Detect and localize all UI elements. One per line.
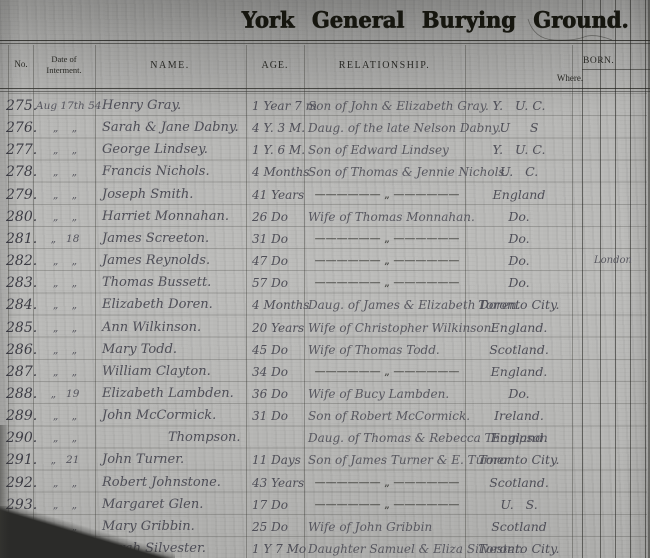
relationship-ditto-cell: —————— „ ——————	[308, 494, 466, 516]
name-cell: Mary Gribbin.	[102, 516, 195, 538]
table-row: 281.„ 18James Screeton.31 Do—————— „ ———…	[0, 228, 650, 250]
age-cell: 57 Do	[252, 272, 288, 294]
row-number-cell: 276.	[6, 117, 34, 139]
born-where-cell: Y. U. C.	[466, 95, 572, 117]
age-cell: 17 Do	[252, 494, 288, 516]
date-cell: „ „	[36, 516, 94, 538]
name-cell: Mary Todd.	[102, 339, 177, 361]
date-cell: „ „	[36, 139, 94, 161]
relationship-ditto-cell: —————— „ ——————	[308, 361, 466, 383]
date-cell: „ „	[36, 427, 94, 449]
born-where-cell: England.	[466, 317, 572, 339]
title-rule	[0, 40, 650, 41]
relationship-ditto-cell: —————— „ ——————	[308, 184, 466, 206]
name-cell: John Turner.	[102, 449, 184, 471]
age-cell: 4 Months	[252, 161, 309, 183]
age-cell: 26 Do	[252, 206, 288, 228]
born-where-cell: Scotland	[466, 516, 572, 538]
row-number-cell: 288.	[6, 383, 34, 405]
date-cell: „ „	[36, 294, 94, 316]
age-cell: 41 Years	[252, 184, 304, 206]
row-number-cell: 283.	[6, 272, 34, 294]
table-row: 295.„ „Sarah Silvester.1 Y 7 MoDaughter …	[0, 538, 650, 558]
table-row: 286.„ „Mary Todd.45 DoWife of Thomas Tod…	[0, 339, 650, 361]
table-row: 287.„ „William Clayton.34 Do—————— „ ———…	[0, 361, 650, 383]
relationship-cell: Wife of Thomas Todd.	[308, 339, 440, 361]
table-row: 290.„ „Thompson.Daug. of Thomas & Rebecc…	[0, 427, 650, 449]
date-cell: „ „	[36, 250, 94, 272]
date-cell: „ „	[36, 317, 94, 339]
name-cell: Sarah Silvester.	[102, 538, 206, 558]
row-number-cell: 278.	[6, 161, 34, 183]
name-cell: Elizabeth Doren.	[102, 294, 213, 316]
born-where-cell: Toronto City.	[466, 449, 572, 471]
age-cell: 4 Y. 3 M.	[252, 117, 305, 139]
age-cell: 11 Days	[252, 449, 301, 471]
table-row: 294.„ „Mary Gribbin.25 DoWife of John Gr…	[0, 516, 650, 538]
name-cell: Ann Wilkinson.	[102, 317, 201, 339]
relationship-cell: Son of Edward Lindsey	[308, 139, 449, 161]
name-cell: Thompson.	[168, 427, 241, 449]
age-cell: 31 Do	[252, 228, 288, 250]
age-cell: 36 Do	[252, 383, 288, 405]
row-number-cell: 285.	[6, 317, 34, 339]
age-cell: 43 Years	[252, 472, 304, 494]
date-cell: „ 19	[36, 383, 94, 405]
born-where-cell: Toronto City.	[466, 294, 572, 316]
date-cell: „ „	[36, 161, 94, 183]
born-where-cell: Do.	[466, 272, 572, 294]
born-where-cell: U. C.	[466, 161, 572, 183]
name-cell: Robert Johnstone.	[102, 472, 221, 494]
date-cell: „ „	[36, 206, 94, 228]
header-rule	[0, 91, 650, 92]
date-cell: „ „	[36, 361, 94, 383]
date-cell: „ „	[36, 494, 94, 516]
table-row: 289.„ „John McCormick.31 DoSon of Robert…	[0, 405, 650, 427]
name-cell: James Screeton.	[102, 228, 209, 250]
born-where-cell: England	[466, 184, 572, 206]
table-row: 291.„ 21John Turner.11 DaysSon of James …	[0, 449, 650, 471]
name-cell: Thomas Bussett.	[102, 272, 211, 294]
table-row: 285.„ „Ann Wilkinson.20 YearsWife of Chr…	[0, 317, 650, 339]
born-where-cell: U S	[466, 117, 572, 139]
relationship-cell: Wife of John Gribbin	[308, 516, 432, 538]
table-row: 282.„ „James Reynolds.47 Do—————— „ ————…	[0, 250, 650, 272]
date-cell: „ „	[36, 184, 94, 206]
table-row: 277.„ „George Lindsey.1 Y. 6 M.Son of Ed…	[0, 139, 650, 161]
relationship-ditto-cell: —————— „ ——————	[308, 228, 466, 250]
table-row: 276.„ „Sarah & Jane Dabny.4 Y. 3 M.Daug.…	[0, 117, 650, 139]
born-where-cell: Do.	[466, 206, 572, 228]
row-number-cell: 286.	[6, 339, 34, 361]
row-number-cell: 294.	[6, 516, 34, 538]
relationship-cell: Son of Robert McCormick.	[308, 405, 470, 427]
table-row: 288.„ 19Elizabeth Lambden.36 DoWife of B…	[0, 383, 650, 405]
born-rule	[582, 69, 650, 70]
row-number-cell: 275.	[6, 95, 34, 117]
born-where-cell: England.	[466, 361, 572, 383]
row-number-cell: 281.	[6, 228, 34, 250]
name-cell: John McCormick.	[102, 405, 216, 427]
header-rule	[0, 88, 650, 89]
row-number-cell: 282.	[6, 250, 34, 272]
title-rule	[0, 43, 650, 44]
column-header-date-line2: Interment.	[34, 65, 94, 76]
born-where-cell: Scotland.	[466, 339, 572, 361]
born-where-cell: Y. U. C.	[466, 139, 572, 161]
row-number-cell: 292.	[6, 472, 34, 494]
row-number-cell: 293.	[6, 494, 34, 516]
date-cell: „ „	[36, 405, 94, 427]
born-where-cell: Scotland.	[466, 472, 572, 494]
table-row: 280.„ „Harriet Monnahan.26 DoWife of Tho…	[0, 206, 650, 228]
column-header-where: Where.	[548, 73, 592, 83]
born-where-cell: U. S.	[466, 494, 572, 516]
name-cell: James Reynolds.	[102, 250, 210, 272]
column-header-age: AGE.	[247, 60, 303, 71]
name-cell: George Lindsey.	[102, 139, 208, 161]
born-where-cell: Do.	[466, 228, 572, 250]
column-header-relationship: RELATIONSHIP.	[304, 60, 465, 71]
date-cell: „ „	[36, 339, 94, 361]
date-cell: „ 21	[36, 449, 94, 471]
born-where-cell: Do.	[466, 383, 572, 405]
table-row: 279.„ „Joseph Smith.41 Years—————— „ ———…	[0, 184, 650, 206]
date-cell: „ „	[36, 117, 94, 139]
row-number-cell: 284.	[6, 294, 34, 316]
age-cell: 20 Years	[252, 317, 304, 339]
column-header-date-line1: Date of	[34, 54, 94, 65]
age-cell: 34 Do	[252, 361, 288, 383]
age-cell: 4 Months	[252, 294, 309, 316]
name-cell: William Clayton.	[102, 361, 211, 383]
table-row: 275.Aug 17th 54Henry Gray.1 Year 7 mSon …	[0, 95, 650, 117]
table-row: 293.„ „Margaret Glen.17 Do—————— „ —————…	[0, 494, 650, 516]
date-cell: Aug 17th 54	[36, 95, 94, 117]
name-cell: Francis Nichols.	[102, 161, 210, 183]
row-number-cell: 279.	[6, 184, 34, 206]
table-row: 283.„ „Thomas Bussett.57 Do—————— „ ————…	[0, 272, 650, 294]
name-cell: Elizabeth Lambden.	[102, 383, 234, 405]
row-number-cell: 277.	[6, 139, 34, 161]
name-cell: Harriet Monnahan.	[102, 206, 229, 228]
name-cell: Joseph Smith.	[102, 184, 193, 206]
row-number-cell: 287.	[6, 361, 34, 383]
name-cell: Margaret Glen.	[102, 494, 203, 516]
column-header-no: No.	[8, 59, 34, 69]
age-cell: 47 Do	[252, 250, 288, 272]
row-number-cell: 290.	[6, 427, 34, 449]
born-where-cell: Do.	[466, 250, 572, 272]
page-title: York General Burying Ground.	[230, 6, 640, 33]
table-row: 284.„ „Elizabeth Doren.4 MonthsDaug. of …	[0, 294, 650, 316]
age-cell: 25 Do	[252, 516, 288, 538]
margin-note-cell: London	[594, 250, 646, 272]
date-cell: „ „	[36, 272, 94, 294]
row-number-cell: 280.	[6, 206, 34, 228]
table-row: 278.„ „Francis Nichols.4 MonthsSon of Th…	[0, 161, 650, 183]
name-cell: Sarah & Jane Dabny.	[102, 117, 239, 139]
column-header-name: NAME.	[95, 60, 245, 71]
date-cell: „ 18	[36, 228, 94, 250]
relationship-cell: Wife of Bucy Lambden.	[308, 383, 449, 405]
row-number-cell: 295.	[6, 538, 34, 558]
column-header-date: Date of Interment.	[34, 54, 94, 77]
age-cell: 1 Y 7 Mo	[252, 538, 306, 558]
scanned-ledger-page: York General Burying Ground. No. Date of…	[0, 0, 650, 558]
born-where-cell: Ireland.	[466, 405, 572, 427]
relationship-ditto-cell: —————— „ ——————	[308, 472, 466, 494]
row-number-cell: 291.	[6, 449, 34, 471]
age-cell: 45 Do	[252, 339, 288, 361]
age-cell: 31 Do	[252, 405, 288, 427]
relationship-cell: Son of John & Elizabeth Gray.	[308, 95, 489, 117]
born-where-cell: England.	[466, 427, 572, 449]
date-cell: „ „	[36, 472, 94, 494]
name-cell: Henry Gray.	[102, 95, 181, 117]
born-where-cell: Toronto City.	[466, 538, 572, 558]
column-header-born: BORN.	[583, 56, 633, 66]
relationship-ditto-cell: —————— „ ——————	[308, 272, 466, 294]
relationship-ditto-cell: —————— „ ——————	[308, 250, 466, 272]
relationship-cell: Wife of Thomas Monnahan.	[308, 206, 475, 228]
row-number-cell: 289.	[6, 405, 34, 427]
date-cell: „ „	[36, 538, 94, 558]
table-row: 292.„ „Robert Johnstone.43 Years—————— „…	[0, 472, 650, 494]
age-cell: 1 Y. 6 M.	[252, 139, 305, 161]
